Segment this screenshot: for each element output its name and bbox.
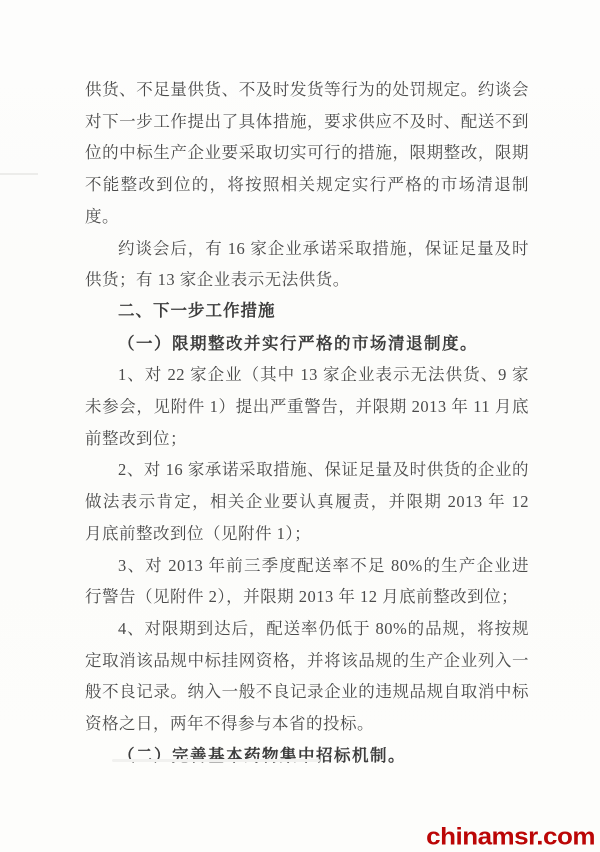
body-paragraph: 1、对 22 家企业（其中 13 家企业表示无法供货、9 家未参会，见附件 1）… xyxy=(85,359,529,454)
section-heading: 二、下一步工作措施 xyxy=(85,296,529,328)
section-heading: （二）完善基本药物集中招标机制。 xyxy=(85,740,529,772)
document-content: 供货、不足量供货、不及时发货等行为的处罚规定。约谈会对下一步工作提出了具体措施，… xyxy=(85,74,529,771)
scan-artifact-smudge xyxy=(112,759,320,762)
body-paragraph: 4、对限期到达后，配送率仍低于 80%的品规，将按规定取消该品规中标挂网资格，并… xyxy=(85,613,529,740)
scan-artifact-line xyxy=(0,173,38,175)
body-paragraph: 供货、不足量供货、不及时发货等行为的处罚规定。约谈会对下一步工作提出了具体措施，… xyxy=(85,74,529,233)
body-paragraph: 2、对 16 家承诺采取措施、保证足量及时供货的企业的做法表示肯定，相关企业要认… xyxy=(85,454,529,549)
chinamsr-watermark: chinamsr.com xyxy=(426,824,595,848)
section-heading: （一）限期整改并实行严格的市场清退制度。 xyxy=(85,328,529,360)
body-paragraph: 约谈会后，有 16 家企业承诺采取措施，保证足量及时供货；有 13 家企业表示无… xyxy=(85,233,529,296)
body-paragraph: 3、对 2013 年前三季度配送率不足 80%的生产企业进行警告（见附件 2），… xyxy=(85,550,529,613)
scanned-document-page: 供货、不足量供货、不及时发货等行为的处罚规定。约谈会对下一步工作提出了具体措施，… xyxy=(0,0,600,852)
